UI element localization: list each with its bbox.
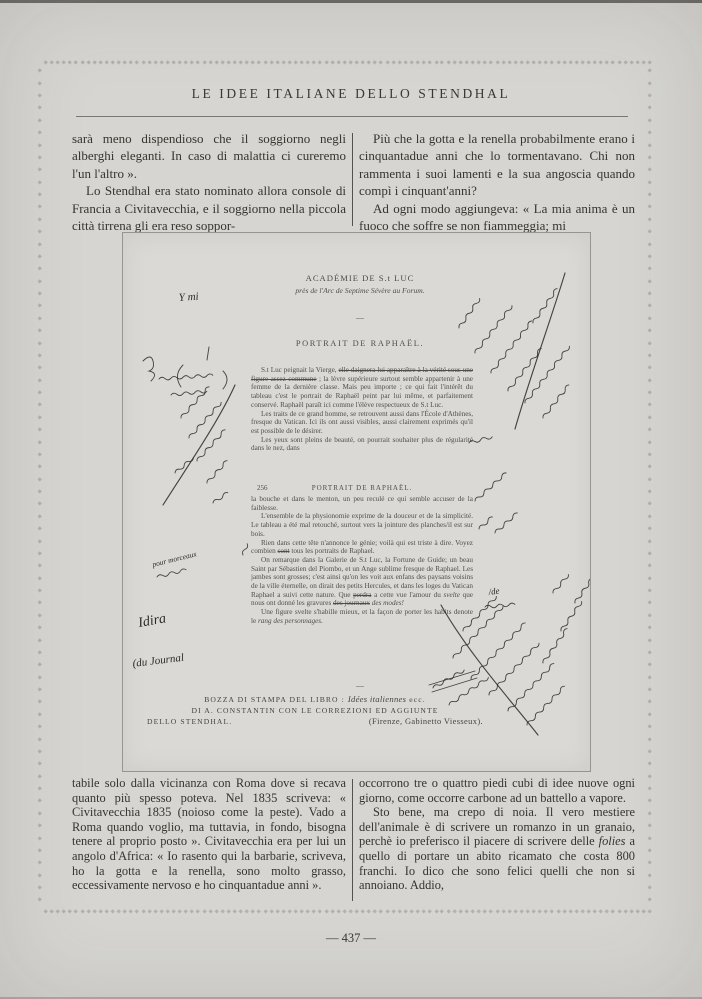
border-diamond-unit — [422, 60, 431, 66]
border-diamond-unit — [300, 909, 309, 915]
border-diamond-unit — [647, 316, 653, 322]
border-diamond-unit — [251, 909, 260, 915]
border-diamond-unit — [37, 514, 43, 520]
ornamental-border-left — [37, 68, 43, 904]
border-diamond-unit — [647, 328, 653, 334]
border-diamond-unit — [37, 761, 43, 767]
border-diamond-unit — [647, 835, 653, 841]
border-diamond-unit — [37, 489, 43, 495]
border-diamond-unit — [647, 551, 653, 557]
border-diamond-unit — [544, 60, 553, 66]
border-diamond-unit — [557, 60, 566, 66]
border-diamond-unit — [373, 909, 382, 915]
border-diamond-unit — [37, 452, 43, 458]
border-diamond-unit — [37, 600, 43, 606]
border-diamond-unit — [203, 60, 212, 66]
border-diamond-unit — [37, 118, 43, 124]
border-diamond-unit — [647, 229, 653, 235]
border-diamond-unit — [37, 897, 43, 903]
border-diamond-unit — [37, 885, 43, 891]
border-diamond-unit — [325, 60, 334, 66]
ornamental-border-right — [647, 68, 653, 904]
border-diamond-unit — [37, 501, 43, 507]
border-diamond-unit — [647, 118, 653, 124]
border-diamond-unit — [647, 427, 653, 433]
border-diamond-unit — [215, 60, 224, 66]
border-diamond-unit — [544, 909, 553, 915]
border-diamond-unit — [37, 712, 43, 718]
border-diamond-unit — [532, 60, 541, 66]
border-diamond-unit — [373, 60, 382, 66]
border-diamond-unit — [37, 662, 43, 668]
border-diamond-unit — [593, 60, 602, 66]
border-diamond-unit — [349, 60, 358, 66]
border-diamond-unit — [647, 155, 653, 161]
border-diamond-unit — [435, 60, 444, 66]
border-diamond-unit — [81, 909, 90, 915]
border-diamond-unit — [37, 278, 43, 284]
ornamental-border-top — [44, 60, 652, 66]
border-diamond-unit — [647, 848, 653, 854]
border-diamond-unit — [105, 60, 114, 66]
border-diamond-unit — [593, 909, 602, 915]
border-diamond-unit — [37, 526, 43, 532]
border-diamond-unit — [37, 390, 43, 396]
border-diamond-unit — [337, 60, 346, 66]
border-diamond-unit — [647, 897, 653, 903]
border-diamond-unit — [647, 724, 653, 730]
border-diamond-unit — [37, 464, 43, 470]
svg-text:Idira: Idira — [136, 611, 167, 631]
border-diamond-unit — [264, 909, 273, 915]
border-diamond-unit — [37, 538, 43, 544]
border-diamond-unit — [569, 60, 578, 66]
border-diamond-unit — [37, 674, 43, 680]
svg-text:pour morceaux: pour morceaux — [150, 549, 198, 569]
border-diamond-unit — [647, 415, 653, 421]
border-diamond-unit — [459, 60, 468, 66]
handwriting-cluster-lower-right — [429, 574, 590, 735]
lower-left-column: tabile solo dalla vicinanza con Roma dov… — [72, 776, 346, 893]
border-diamond-unit — [642, 909, 651, 915]
border-diamond-unit — [56, 60, 65, 66]
border-diamond-unit — [37, 811, 43, 817]
border-diamond-unit — [647, 575, 653, 581]
border-diamond-unit — [647, 625, 653, 631]
border-diamond-unit — [37, 798, 43, 804]
paragraph: sarà meno dispendioso che il soggiorno n… — [72, 130, 346, 182]
border-diamond-unit — [37, 613, 43, 619]
border-diamond-unit — [647, 885, 653, 891]
border-diamond-unit — [647, 390, 653, 396]
border-diamond-unit — [37, 130, 43, 136]
handwriting-cluster-left — [143, 347, 235, 505]
border-diamond-unit — [276, 909, 285, 915]
border-diamond-unit — [483, 909, 492, 915]
border-diamond-unit — [647, 501, 653, 507]
border-diamond-unit — [37, 68, 43, 74]
border-diamond-unit — [105, 909, 114, 915]
border-diamond-unit — [581, 60, 590, 66]
border-diamond-unit — [154, 60, 163, 66]
border-diamond-unit — [410, 909, 419, 915]
border-diamond-unit — [647, 687, 653, 693]
text-segment-italic: folies — [599, 834, 626, 848]
border-diamond-unit — [471, 909, 480, 915]
border-diamond-unit — [647, 303, 653, 309]
border-diamond-unit — [68, 60, 77, 66]
border-diamond-unit — [647, 241, 653, 247]
border-diamond-unit — [618, 909, 627, 915]
border-diamond-unit — [647, 674, 653, 680]
border-diamond-unit — [142, 60, 151, 66]
border-diamond-unit — [37, 377, 43, 383]
border-diamond-unit — [398, 909, 407, 915]
border-diamond-unit — [227, 909, 236, 915]
border-diamond-unit — [37, 848, 43, 854]
border-diamond-unit — [251, 60, 260, 66]
title-rule — [76, 116, 628, 117]
border-diamond-unit — [178, 909, 187, 915]
handwriting-cluster-lower-left: pour morceaux Idira (du Journal — [132, 543, 249, 670]
border-diamond-unit — [37, 340, 43, 346]
paragraph: tabile solo dalla vicinanza con Roma dov… — [72, 776, 346, 893]
border-diamond-unit — [37, 872, 43, 878]
column-divider-top — [352, 133, 353, 226]
border-diamond-unit — [37, 786, 43, 792]
book-page-scan: LE IDEE ITALIANE DELLO STENDHAL sarà men… — [0, 0, 702, 999]
border-diamond-unit — [508, 60, 517, 66]
border-diamond-unit — [386, 909, 395, 915]
border-diamond-unit — [37, 835, 43, 841]
border-diamond-unit — [647, 872, 653, 878]
border-diamond-unit — [44, 60, 53, 66]
border-diamond-unit — [647, 278, 653, 284]
border-diamond-unit — [37, 749, 43, 755]
border-diamond-unit — [361, 60, 370, 66]
border-diamond-unit — [435, 909, 444, 915]
border-diamond-unit — [647, 637, 653, 643]
border-diamond-unit — [276, 60, 285, 66]
scan-edge-top — [0, 0, 702, 3]
border-diamond-unit — [37, 439, 43, 445]
border-diamond-unit — [288, 909, 297, 915]
border-diamond-unit — [37, 402, 43, 408]
border-diamond-unit — [37, 736, 43, 742]
border-diamond-unit — [166, 909, 175, 915]
border-diamond-unit — [647, 773, 653, 779]
border-diamond-unit — [129, 60, 138, 66]
border-diamond-unit — [37, 427, 43, 433]
border-diamond-unit — [166, 60, 175, 66]
border-diamond-unit — [557, 909, 566, 915]
border-diamond-unit — [386, 60, 395, 66]
border-diamond-unit — [581, 909, 590, 915]
border-diamond-unit — [630, 909, 639, 915]
border-diamond-unit — [605, 60, 614, 66]
border-diamond-unit — [37, 588, 43, 594]
border-diamond-unit — [618, 60, 627, 66]
text-segment: Sto bene, ma crepo di noia. Il vero mest… — [359, 805, 635, 848]
border-diamond-unit — [37, 365, 43, 371]
border-diamond-unit — [605, 909, 614, 915]
facsimile-plate: ACADÉMIE DE S.t LUC près de l'Arc de Sep… — [122, 232, 591, 772]
border-diamond-unit — [647, 142, 653, 148]
border-diamond-unit — [190, 60, 199, 66]
border-diamond-unit — [117, 60, 126, 66]
border-diamond-unit — [37, 860, 43, 866]
paragraph: Ad ogni modo aggiungeva: « La mia anima … — [359, 200, 635, 235]
border-diamond-unit — [37, 687, 43, 693]
border-diamond-unit — [37, 563, 43, 569]
border-diamond-unit — [647, 130, 653, 136]
border-diamond-unit — [37, 353, 43, 359]
border-diamond-unit — [37, 724, 43, 730]
border-diamond-unit — [647, 563, 653, 569]
paragraph: Lo Stendhal era stato nominato allora co… — [72, 182, 346, 234]
border-diamond-unit — [178, 60, 187, 66]
border-diamond-unit — [37, 217, 43, 223]
border-diamond-unit — [239, 909, 248, 915]
border-diamond-unit — [642, 60, 651, 66]
border-diamond-unit — [647, 526, 653, 532]
border-diamond-unit — [312, 909, 321, 915]
border-diamond-unit — [300, 60, 309, 66]
svg-text:(du Journal: (du Journal — [132, 652, 185, 670]
border-diamond-unit — [37, 155, 43, 161]
handwriting-cluster-mid-right: /de — [474, 472, 518, 609]
border-diamond-unit — [37, 551, 43, 557]
border-diamond-unit — [361, 909, 370, 915]
border-diamond-unit — [647, 340, 653, 346]
border-diamond-unit — [647, 798, 653, 804]
border-diamond-unit — [459, 909, 468, 915]
border-diamond-unit — [647, 489, 653, 495]
border-diamond-unit — [37, 773, 43, 779]
handwriting-overlay: Y mi pour morceaux Id — [123, 233, 590, 771]
border-diamond-unit — [647, 254, 653, 260]
border-diamond-unit — [569, 909, 578, 915]
border-diamond-unit — [37, 316, 43, 322]
border-diamond-unit — [129, 909, 138, 915]
border-diamond-unit — [37, 625, 43, 631]
border-diamond-unit — [37, 254, 43, 260]
border-diamond-unit — [483, 60, 492, 66]
border-diamond-unit — [647, 192, 653, 198]
border-diamond-unit — [56, 909, 65, 915]
border-diamond-unit — [447, 909, 456, 915]
border-diamond-unit — [647, 662, 653, 668]
border-diamond-unit — [647, 600, 653, 606]
border-diamond-unit — [647, 650, 653, 656]
border-diamond-unit — [647, 452, 653, 458]
border-diamond-unit — [520, 909, 529, 915]
border-diamond-unit — [647, 699, 653, 705]
paragraph: Sto bene, ma crepo di noia. Il vero mest… — [359, 805, 635, 893]
border-diamond-unit — [264, 60, 273, 66]
border-diamond-unit — [647, 476, 653, 482]
border-diamond-unit — [154, 909, 163, 915]
border-diamond-unit — [37, 105, 43, 111]
border-diamond-unit — [37, 823, 43, 829]
border-diamond-unit — [37, 204, 43, 210]
border-diamond-unit — [471, 60, 480, 66]
border-diamond-unit — [647, 68, 653, 74]
border-diamond-unit — [647, 588, 653, 594]
page-number: — 437 — — [0, 931, 702, 946]
border-diamond-unit — [496, 60, 505, 66]
border-diamond-unit — [37, 303, 43, 309]
border-diamond-unit — [37, 650, 43, 656]
border-diamond-unit — [410, 60, 419, 66]
border-diamond-unit — [44, 909, 53, 915]
upper-right-column: Più che la gotta e la renella probabilme… — [359, 130, 635, 234]
border-diamond-unit — [647, 786, 653, 792]
border-diamond-unit — [37, 415, 43, 421]
border-diamond-unit — [68, 909, 77, 915]
border-diamond-unit — [37, 699, 43, 705]
border-diamond-unit — [647, 823, 653, 829]
border-diamond-unit — [422, 909, 431, 915]
border-diamond-unit — [398, 60, 407, 66]
svg-text:/de: /de — [487, 586, 500, 598]
border-diamond-unit — [647, 761, 653, 767]
handwriting-cluster-upper-right — [458, 273, 571, 444]
border-diamond-unit — [239, 60, 248, 66]
border-diamond-unit — [349, 909, 358, 915]
border-diamond-unit — [37, 167, 43, 173]
border-diamond-unit — [142, 909, 151, 915]
paragraph: occorrono tre o quattro piedi cubi di id… — [359, 776, 635, 805]
border-diamond-unit — [508, 909, 517, 915]
border-diamond-unit — [37, 291, 43, 297]
handwriting-note: Y mi — [178, 291, 199, 304]
border-diamond-unit — [647, 204, 653, 210]
border-diamond-unit — [312, 60, 321, 66]
border-diamond-unit — [325, 909, 334, 915]
border-diamond-unit — [37, 637, 43, 643]
border-diamond-unit — [647, 105, 653, 111]
ornamental-border-bottom — [44, 909, 652, 915]
border-diamond-unit — [647, 291, 653, 297]
paragraph: Più che la gotta e la renella probabilme… — [359, 130, 635, 200]
border-diamond-unit — [37, 476, 43, 482]
column-divider-bottom — [352, 779, 353, 901]
lower-right-column: occorrono tre o quattro piedi cubi di id… — [359, 776, 635, 893]
border-diamond-unit — [37, 142, 43, 148]
border-diamond-unit — [647, 179, 653, 185]
border-diamond-unit — [647, 514, 653, 520]
border-diamond-unit — [37, 241, 43, 247]
border-diamond-unit — [647, 402, 653, 408]
border-diamond-unit — [81, 60, 90, 66]
border-diamond-unit — [647, 712, 653, 718]
border-diamond-unit — [647, 167, 653, 173]
border-diamond-unit — [93, 909, 102, 915]
border-diamond-unit — [647, 749, 653, 755]
border-diamond-unit — [647, 811, 653, 817]
border-diamond-unit — [337, 909, 346, 915]
border-diamond-unit — [288, 60, 297, 66]
border-diamond-unit — [532, 909, 541, 915]
border-diamond-unit — [93, 60, 102, 66]
border-diamond-unit — [647, 353, 653, 359]
border-diamond-unit — [647, 736, 653, 742]
border-diamond-unit — [647, 613, 653, 619]
border-diamond-unit — [647, 377, 653, 383]
border-diamond-unit — [37, 179, 43, 185]
border-diamond-unit — [647, 365, 653, 371]
border-diamond-unit — [647, 538, 653, 544]
border-diamond-unit — [37, 575, 43, 581]
border-diamond-unit — [630, 60, 639, 66]
upper-left-column: sarà meno dispendioso che il soggiorno n… — [72, 130, 346, 234]
border-diamond-unit — [37, 192, 43, 198]
border-diamond-unit — [647, 217, 653, 223]
border-diamond-unit — [117, 909, 126, 915]
border-diamond-unit — [647, 860, 653, 866]
page-title: LE IDEE ITALIANE DELLO STENDHAL — [0, 86, 702, 102]
border-diamond-unit — [37, 229, 43, 235]
border-diamond-unit — [203, 909, 212, 915]
border-diamond-unit — [647, 439, 653, 445]
border-diamond-unit — [37, 266, 43, 272]
border-diamond-unit — [447, 60, 456, 66]
border-diamond-unit — [227, 60, 236, 66]
border-diamond-unit — [647, 266, 653, 272]
border-diamond-unit — [37, 328, 43, 334]
border-diamond-unit — [520, 60, 529, 66]
border-diamond-unit — [647, 464, 653, 470]
border-diamond-unit — [215, 909, 224, 915]
border-diamond-unit — [496, 909, 505, 915]
border-diamond-unit — [190, 909, 199, 915]
